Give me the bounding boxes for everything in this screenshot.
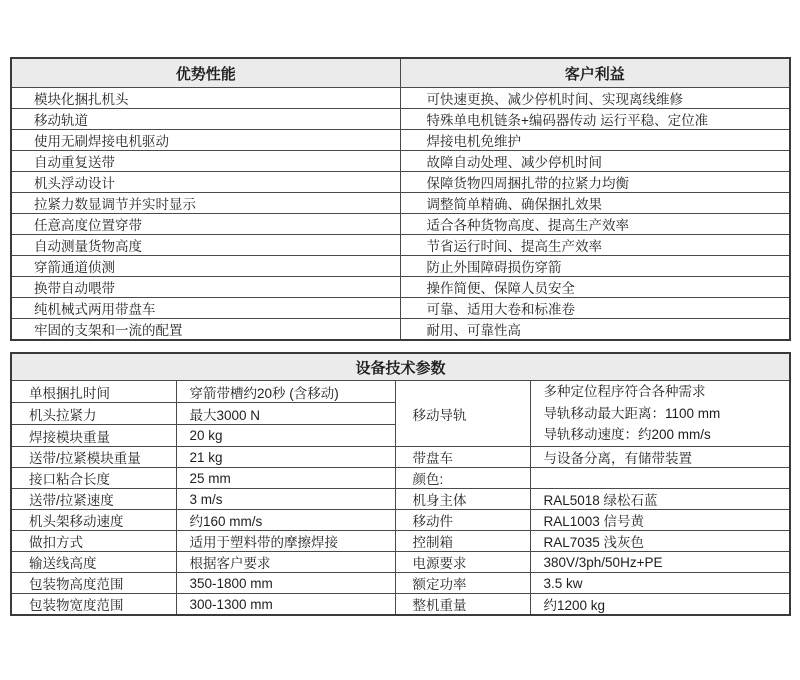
feature-cell: 自动测量货物高度 bbox=[11, 235, 400, 256]
table-row: 模块化捆扎机头 可快速更换、减少停机时间、实现离线维修 bbox=[11, 88, 790, 109]
feature-cell: 任意高度位置穿带 bbox=[11, 214, 400, 235]
benefit-cell: 适合各种货物高度、提高生产效率 bbox=[400, 214, 790, 235]
table-row: 机头浮动设计 保障货物四周捆扎带的拉紧力均衡 bbox=[11, 172, 790, 193]
spec-value bbox=[530, 468, 790, 489]
feature-cell: 拉紧力数显调节并实时显示 bbox=[11, 193, 400, 214]
spec-param: 包装物宽度范围 bbox=[11, 594, 176, 616]
spec-value: 约160 mm/s bbox=[176, 510, 395, 531]
document-page: 优势性能 客户利益 模块化捆扎机头 可快速更换、减少停机时间、实现离线维修 移动… bbox=[0, 0, 800, 680]
benefit-cell: 节省运行时间、提高生产效率 bbox=[400, 235, 790, 256]
spec-param: 颜色: bbox=[395, 468, 530, 489]
table-row: 穿箭通道侦测 防止外围障碍损伤穿箭 bbox=[11, 256, 790, 277]
spec-value-multiline: 多种定位程序符合各种需求 导轨移动最大距离：1100 mm 导轨移动速度：约20… bbox=[530, 381, 790, 447]
spec-param: 整机重量 bbox=[395, 594, 530, 616]
table-row: 接口粘合长度 25 mm 颜色: bbox=[11, 468, 790, 489]
feature-cell: 牢固的支架和一流的配置 bbox=[11, 319, 400, 341]
spec-param: 移动件 bbox=[395, 510, 530, 531]
spec-param: 包装物高度范围 bbox=[11, 573, 176, 594]
table-row: 包装物宽度范围 300-1300 mm 整机重量 约1200 kg bbox=[11, 594, 790, 616]
table-row: 包装物高度范围 350-1800 mm 额定功率 3.5 kw bbox=[11, 573, 790, 594]
spec-value: RAL7035 浅灰色 bbox=[530, 531, 790, 552]
advantages-header-row: 优势性能 客户利益 bbox=[11, 58, 790, 88]
feature-cell: 使用无刷焊接电机驱动 bbox=[11, 130, 400, 151]
spec-param: 电源要求 bbox=[395, 552, 530, 573]
table-row: 使用无刷焊接电机驱动 焊接电机免维护 bbox=[11, 130, 790, 151]
spec-param: 单根捆扎时间 bbox=[11, 381, 176, 403]
spec-value: 穿箭带槽约20秒 (含移动) bbox=[176, 381, 395, 403]
spec-value: 300-1300 mm bbox=[176, 594, 395, 616]
header-performance: 优势性能 bbox=[11, 58, 400, 88]
feature-cell: 自动重复送带 bbox=[11, 151, 400, 172]
spec-value: 21 kg bbox=[176, 447, 395, 468]
spec-value: 25 mm bbox=[176, 468, 395, 489]
spec-param: 做扣方式 bbox=[11, 531, 176, 552]
spec-value: 根据客户要求 bbox=[176, 552, 395, 573]
table-row: 自动重复送带 故障自动处理、减少停机时间 bbox=[11, 151, 790, 172]
spec-value: RAL1003 信号黄 bbox=[530, 510, 790, 531]
benefit-cell: 防止外围障碍损伤穿箭 bbox=[400, 256, 790, 277]
table-row: 拉紧力数显调节并实时显示 调整简单精确、确保捆扎效果 bbox=[11, 193, 790, 214]
spec-param: 机头拉紧力 bbox=[11, 403, 176, 425]
spec-param: 焊接模块重量 bbox=[11, 425, 176, 447]
specs-header-row: 设备技术参数 bbox=[11, 353, 790, 381]
spec-value: RAL5018 绿松石蓝 bbox=[530, 489, 790, 510]
benefit-cell: 调整简单精确、确保捆扎效果 bbox=[400, 193, 790, 214]
feature-cell: 机头浮动设计 bbox=[11, 172, 400, 193]
table-row: 送带/拉紧速度 3 m/s 机身主体 RAL5018 绿松石蓝 bbox=[11, 489, 790, 510]
specs-table: 设备技术参数 单根捆扎时间 穿箭带槽约20秒 (含移动) 移动导轨 多种定位程序… bbox=[10, 352, 791, 616]
spec-param: 额定功率 bbox=[395, 573, 530, 594]
spec-param: 移动导轨 bbox=[395, 381, 530, 447]
spec-value: 与设备分离，有储带装置 bbox=[530, 447, 790, 468]
table-row: 输送线高度 根据客户要求 电源要求 380V/3ph/50Hz+PE bbox=[11, 552, 790, 573]
benefit-cell: 操作简便、保障人员安全 bbox=[400, 277, 790, 298]
table-row: 做扣方式 适用于塑料带的摩擦焊接 控制箱 RAL7035 浅灰色 bbox=[11, 531, 790, 552]
spec-value: 3 m/s bbox=[176, 489, 395, 510]
spec-value: 适用于塑料带的摩擦焊接 bbox=[176, 531, 395, 552]
benefit-cell: 可快速更换、减少停机时间、实现离线维修 bbox=[400, 88, 790, 109]
spec-param: 机身主体 bbox=[395, 489, 530, 510]
advantages-table: 优势性能 客户利益 模块化捆扎机头 可快速更换、减少停机时间、实现离线维修 移动… bbox=[10, 57, 791, 341]
specs-title: 设备技术参数 bbox=[11, 353, 790, 381]
header-benefit: 客户利益 bbox=[400, 58, 790, 88]
benefit-cell: 耐用、可靠性高 bbox=[400, 319, 790, 341]
benefit-cell: 故障自动处理、减少停机时间 bbox=[400, 151, 790, 172]
spec-value: 20 kg bbox=[176, 425, 395, 447]
benefit-cell: 焊接电机免维护 bbox=[400, 130, 790, 151]
table-row: 换带自动喂带 操作简便、保障人员安全 bbox=[11, 277, 790, 298]
table-row: 送带/拉紧模块重量 21 kg 带盘车 与设备分离，有储带装置 bbox=[11, 447, 790, 468]
spec-param: 控制箱 bbox=[395, 531, 530, 552]
spec-param: 机头架移动速度 bbox=[11, 510, 176, 531]
spec-value-line: 导轨移动最大距离：1100 mm bbox=[544, 403, 789, 425]
spec-param: 带盘车 bbox=[395, 447, 530, 468]
benefit-cell: 保障货物四周捆扎带的拉紧力均衡 bbox=[400, 172, 790, 193]
benefit-cell: 特殊单电机链条+编码器传动 运行平稳、定位准 bbox=[400, 109, 790, 130]
table-row: 移动轨道 特殊单电机链条+编码器传动 运行平稳、定位准 bbox=[11, 109, 790, 130]
benefit-cell: 可靠、适用大卷和标准卷 bbox=[400, 298, 790, 319]
feature-cell: 移动轨道 bbox=[11, 109, 400, 130]
feature-cell: 模块化捆扎机头 bbox=[11, 88, 400, 109]
spec-param: 送带/拉紧速度 bbox=[11, 489, 176, 510]
table-row: 任意高度位置穿带 适合各种货物高度、提高生产效率 bbox=[11, 214, 790, 235]
spec-value-line: 导轨移动速度：约200 mm/s bbox=[544, 424, 789, 446]
table-row: 机头架移动速度 约160 mm/s 移动件 RAL1003 信号黄 bbox=[11, 510, 790, 531]
spec-value: 350-1800 mm bbox=[176, 573, 395, 594]
spec-param: 接口粘合长度 bbox=[11, 468, 176, 489]
feature-cell: 换带自动喂带 bbox=[11, 277, 400, 298]
spec-param: 送带/拉紧模块重量 bbox=[11, 447, 176, 468]
spec-param: 输送线高度 bbox=[11, 552, 176, 573]
feature-cell: 穿箭通道侦测 bbox=[11, 256, 400, 277]
table-row: 单根捆扎时间 穿箭带槽约20秒 (含移动) 移动导轨 多种定位程序符合各种需求 … bbox=[11, 381, 790, 403]
spec-value: 3.5 kw bbox=[530, 573, 790, 594]
feature-cell: 纯机械式两用带盘车 bbox=[11, 298, 400, 319]
table-row: 自动测量货物高度 节省运行时间、提高生产效率 bbox=[11, 235, 790, 256]
table-row: 纯机械式两用带盘车 可靠、适用大卷和标准卷 bbox=[11, 298, 790, 319]
spec-value: 380V/3ph/50Hz+PE bbox=[530, 552, 790, 573]
spec-value: 约1200 kg bbox=[530, 594, 790, 616]
spec-value: 最大3000 N bbox=[176, 403, 395, 425]
table-row: 牢固的支架和一流的配置 耐用、可靠性高 bbox=[11, 319, 790, 341]
spec-value-line: 多种定位程序符合各种需求 bbox=[544, 381, 789, 403]
